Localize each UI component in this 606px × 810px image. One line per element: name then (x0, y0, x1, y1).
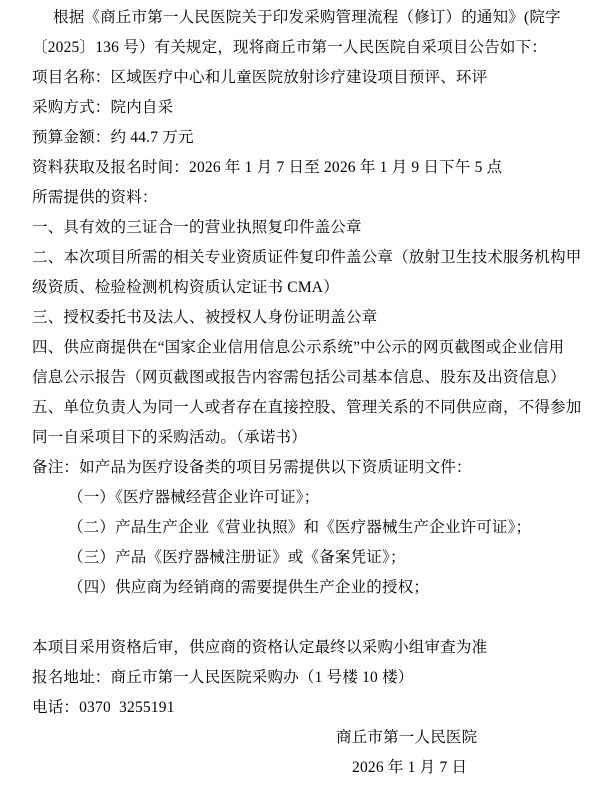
document-line: 电话：0370 3255191 (32, 693, 596, 723)
document-line: 五、单位负责人为同一人或者存在直接控股、管理关系的不同供应商，不得参加 (32, 393, 596, 423)
document-line: （三）产品《医疗器械注册证》或《备案凭证》； (32, 543, 596, 573)
document-line: 采购方式：院内自采 (32, 93, 596, 123)
document-line: 〔2025〕136 号）有关规定，现将商丘市第一人民医院自采项目公告如下： (32, 33, 596, 63)
document-line: 同一自采项目下的采购活动。（承诺书） (32, 423, 596, 453)
announcement-document: 根据《商丘市第一人民医院关于印发采购管理流程（修订）的通知》(院字〔2025〕1… (0, 0, 606, 810)
document-line: 备注：如产品为医疗设备类的项目另需提供以下资质证明文件： (32, 453, 596, 483)
document-line: 项目名称：区域医疗中心和儿童医院放射诊疗建设项目预评、环评 (32, 63, 596, 93)
document-body: 根据《商丘市第一人民医院关于印发采购管理流程（修订）的通知》(院字〔2025〕1… (32, 3, 596, 783)
document-line: 报名地址：商丘市第一人民医院采购办（1 号楼 10 楼） (32, 663, 596, 693)
document-line: 本项目采用资格后审，供应商的资格认定最终以采购小组审查为准 (32, 633, 596, 663)
document-line: （一）《医疗器械经营企业许可证》； (32, 483, 596, 513)
document-line: 根据《商丘市第一人民医院关于印发采购管理流程（修订）的通知》(院字 (32, 3, 596, 33)
document-line: 四、供应商提供在“国家企业信用信息公示系统”中公示的网页截图或企业信用 (32, 333, 596, 363)
document-line: 一、具有效的三证合一的营业执照复印件盖公章 (32, 213, 596, 243)
document-line: 级资质、检验检测机构资质认定证书 CMA） (32, 273, 596, 303)
document-line: 二、本次项目所需的相关专业资质证件复印件盖公章（放射卫生技术服务机构甲 (32, 243, 596, 273)
blank-line (32, 603, 596, 633)
document-line: 三、授权委托书及法人、被授权人身份证明盖公章 (32, 303, 596, 333)
document-line: 所需提供的资料： (32, 183, 596, 213)
document-line: （四）供应商为经销商的需要提供生产企业的授权； (32, 573, 596, 603)
document-line: 商丘市第一人民医院 (32, 723, 596, 753)
document-line: 资料获取及报名时间：2026 年 1 月 7 日至 2026 年 1 月 9 日… (32, 153, 596, 183)
document-line: 预算金额：约 44.7 万元 (32, 123, 596, 153)
document-line: 信息公示报告（网页截图或报告内容需包括公司基本信息、股东及出资信息） (32, 363, 596, 393)
document-line: （二）产品生产企业《营业执照》和《医疗器械生产企业许可证》； (32, 513, 596, 543)
document-line: 2026 年 1 月 7 日 (32, 753, 596, 783)
